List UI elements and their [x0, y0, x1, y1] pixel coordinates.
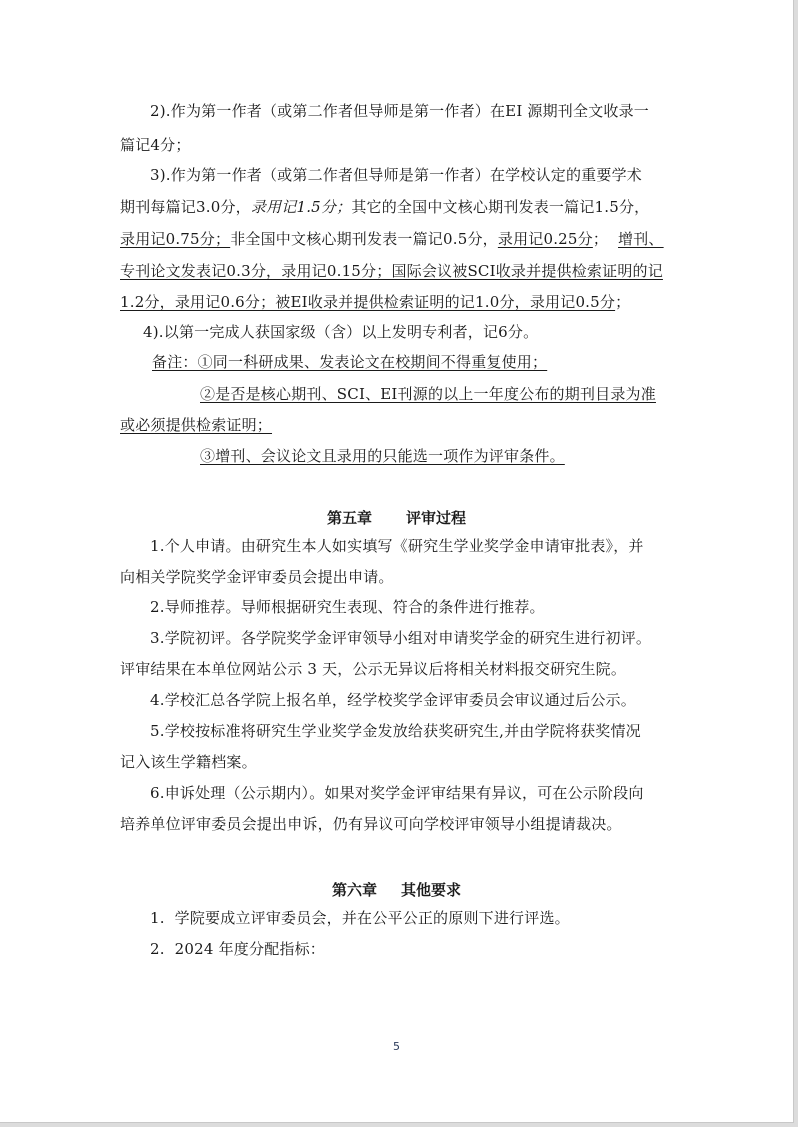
item-3-line-1: 3).作为第一作者（或第二作者但导师是第一作者）在学校认定的重要学术	[150, 165, 706, 185]
item-3-line-4: 专刊论文发表记0.3分，录用记0.15分；国际会议被SCI收录并提供检索证明的记	[120, 261, 676, 281]
ch5-para-5-line-1: 5.学校按标准将研究生学业奖学金发放给获奖研究生,并由学院将获奖情况	[150, 721, 706, 741]
item-2-line-1: 2).作为第一作者（或第二作者但导师是第一作者）在EI 源期刊全文收录一	[150, 101, 706, 121]
chapter-title: 其他要求	[401, 881, 461, 899]
text-segment: 非全国中文核心期刊发表一篇记0.5分，	[230, 230, 498, 248]
item-3-line-2: 期刊每篇记3.0分，录用记1.5分；其它的全国中文核心期刊发表一篇记1.5分，	[120, 197, 676, 217]
note-3: ③增刊、会议论文且录用的只能选一项作为评审条件。	[200, 446, 756, 466]
ch5-para-2: 2.导师推荐。导师根据研究生表现、符合的条件进行推荐。	[150, 597, 706, 617]
chapter-title: 评审过程	[406, 509, 466, 527]
ch5-para-5-line-2: 记入该生学籍档案。	[120, 752, 676, 772]
chapter-number: 第六章	[332, 881, 377, 899]
note-1: 备注：①同一科研成果、发表论文在校期间不得重复使用；	[152, 352, 708, 372]
chapter-number: 第五章	[327, 509, 372, 527]
ch6-para-1: 1. 学院要成立评审委员会，并在公平公正的原则下进行评选。	[150, 908, 706, 928]
ch6-para-2: 2. 2024 年度分配指标：	[150, 939, 706, 959]
italic-segment: 录用记1.5分；	[251, 198, 351, 216]
underlined-segment: 录用记0.75分；	[120, 230, 230, 248]
item-3-line-5: 1.2分，录用记0.6分；被EI收录并提供检索证明的记1.0分，录用记0.5分；	[120, 292, 676, 312]
item-4: 4).以第一完成人获国家级（含）以上发明专利者，记6分。	[143, 322, 699, 342]
text-segment: 期刊每篇记3.0分，	[120, 198, 251, 216]
ch5-para-6-line-2: 培养单位评审委员会提出申诉，仍有异议可向学校评审领导小组提请裁决。	[120, 814, 676, 834]
underlined-segment: 录用记0.25分	[498, 230, 593, 248]
ch5-para-1-line-2: 向相关学院奖学金评审委员会提出申请。	[120, 567, 676, 587]
text-segment: ；	[593, 230, 608, 248]
ch5-para-4: 4.学校汇总各学院上报名单，经学校奖学金评审委员会审议通过后公示。	[150, 690, 706, 710]
ch5-para-1-line-1: 1.个人申请。由研究生本人如实填写《研究生学业奖学金申请审批表》，并	[150, 536, 706, 556]
underlined-segment: 增刊、	[618, 230, 664, 248]
note-2-line-2: 或必须提供检索证明；	[120, 415, 676, 435]
text-segment: ；	[615, 293, 630, 311]
chapter-6-heading: 第六章其他要求	[0, 880, 793, 900]
note-2-line-1: ②是否是核心期刊、SCI、EI刊源的以上一年度公布的期刊目录为准	[200, 384, 756, 404]
page-number: 5	[0, 1040, 793, 1053]
text-segment: 其它的全国中文核心期刊发表一篇记1.5分，	[351, 198, 649, 216]
item-2-line-2: 篇记4分；	[120, 135, 676, 155]
ch5-para-6-line-1: 6.申诉处理（公示期内）。如果对奖学金评审结果有异议，可在公示阶段向	[150, 783, 706, 803]
document-page: 2).作为第一作者（或第二作者但导师是第一作者）在EI 源期刊全文收录一 篇记4…	[0, 0, 794, 1123]
ch5-para-3-line-2: 评审结果在本单位网站公示 3 天，公示无异议后将相关材料报交研究生院。	[120, 659, 676, 679]
item-3-line-3: 录用记0.75分；非全国中文核心期刊发表一篇记0.5分，录用记0.25分； 增刊…	[120, 229, 676, 249]
chapter-5-heading: 第五章评审过程	[0, 508, 793, 528]
ch5-para-3-line-1: 3.学院初评。各学院奖学金评审领导小组对申请奖学金的研究生进行初评。	[150, 628, 706, 648]
underlined-segment: 1.2分，录用记0.6分；被EI收录并提供检索证明的记1.0分，录用记0.5分	[120, 293, 615, 311]
